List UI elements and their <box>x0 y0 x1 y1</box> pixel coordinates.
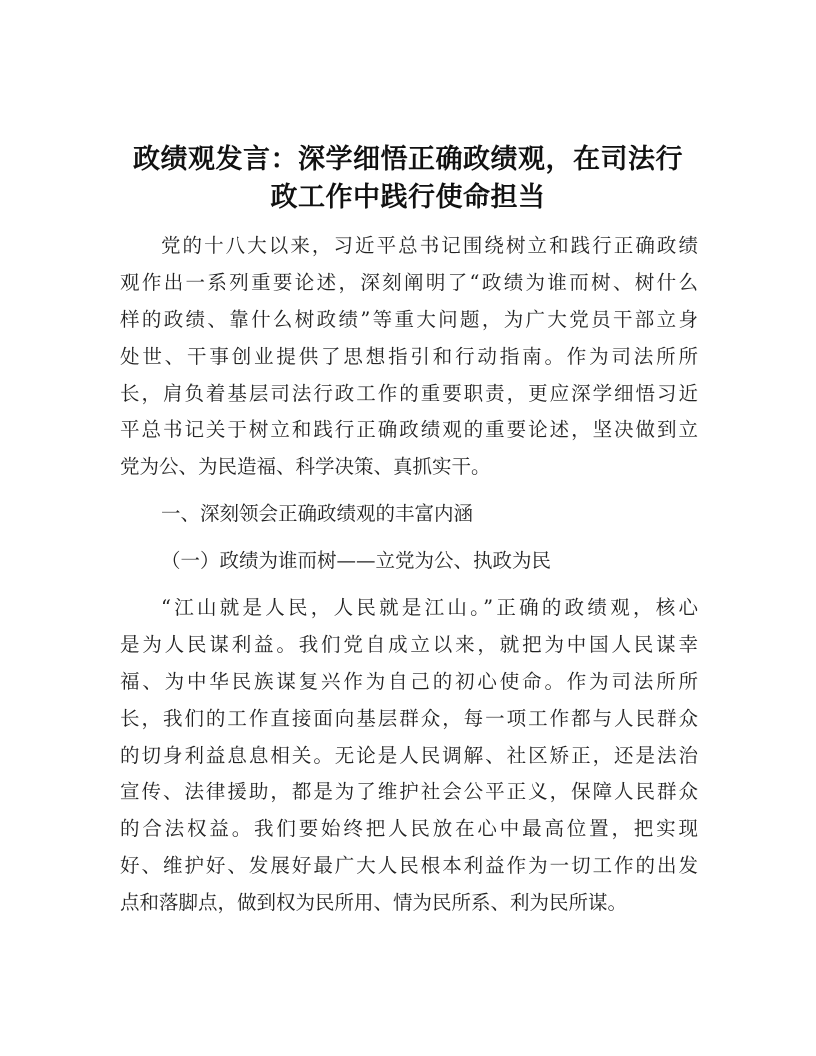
document-body: 党的十八大以来，习近平总书记围绕树立和践行正确政绩 观作出一系列重要论述，深刻阐… <box>120 228 698 922</box>
text-line: 处世、干事创业提供了思想指引和行动指南。作为司法所所 <box>120 339 698 376</box>
document-page: 政绩观发言：深学细悟正确政绩观，在司法行 政工作中践行使命担当 党的十八大以来，… <box>0 0 816 1056</box>
body-paragraph: “江山就是人民，人民就是江山。”正确的政绩观，核心 是为人民谋利益。我们党自成立… <box>120 590 698 922</box>
section-heading: 一、深刻领会正确政绩观的丰富内涵 <box>120 496 698 533</box>
text-line: 长，我们的工作直接面向基层群众，每一项工作都与人民群众 <box>120 701 698 738</box>
spacer <box>120 580 698 590</box>
text-line: 福、为中华民族谋复兴作为自己的初心使命。作为司法所所 <box>120 664 698 701</box>
text-line: 观作出一系列重要论述，深刻阐明了“政绩为谁而树、树什么 <box>120 265 698 302</box>
text-line: “江山就是人民，人民就是江山。”正确的政绩观，核心 <box>120 590 698 627</box>
intro-paragraph: 党的十八大以来，习近平总书记围绕树立和践行正确政绩 观作出一系列重要论述，深刻阐… <box>120 228 698 486</box>
text-line: 好、维护好、发展好最广大人民根本利益作为一切工作的出发 <box>120 848 698 885</box>
text-line: 党为公、为民造福、科学决策、真抓实干。 <box>120 449 698 486</box>
subsection-heading: （一）政绩为谁而树——立党为公、执政为民 <box>120 543 698 580</box>
text-line: 是为人民谋利益。我们党自成立以来，就把为中国人民谋幸 <box>120 627 698 664</box>
text-line: 党的十八大以来，习近平总书记围绕树立和践行正确政绩 <box>120 228 698 265</box>
text-line: 样的政绩、靠什么树政绩”等重大问题，为广大党员干部立身 <box>120 302 698 339</box>
title-line: 政工作中践行使命担当 <box>110 179 706 217</box>
title-line: 政绩观发言：深学细悟正确政绩观，在司法行 <box>110 141 706 179</box>
text-line: 的合法权益。我们要始终把人民放在心中最高位置，把实现 <box>120 811 698 848</box>
text-line: 的切身利益息息相关。无论是人民调解、社区矫正，还是法治 <box>120 738 698 775</box>
spacer <box>120 533 698 543</box>
document-title: 政绩观发言：深学细悟正确政绩观，在司法行 政工作中践行使命担当 <box>110 141 706 217</box>
text-line: 点和落脚点，做到权为民所用、情为民所系、利为民所谋。 <box>120 885 698 922</box>
spacer <box>120 486 698 496</box>
text-line: 平总书记关于树立和践行正确政绩观的重要论述，坚决做到立 <box>120 412 698 449</box>
text-line: 长，肩负着基层司法行政工作的重要职责，更应深学细悟习近 <box>120 376 698 413</box>
text-line: 宣传、法律援助，都是为了维护社会公平正义，保障人民群众 <box>120 774 698 811</box>
